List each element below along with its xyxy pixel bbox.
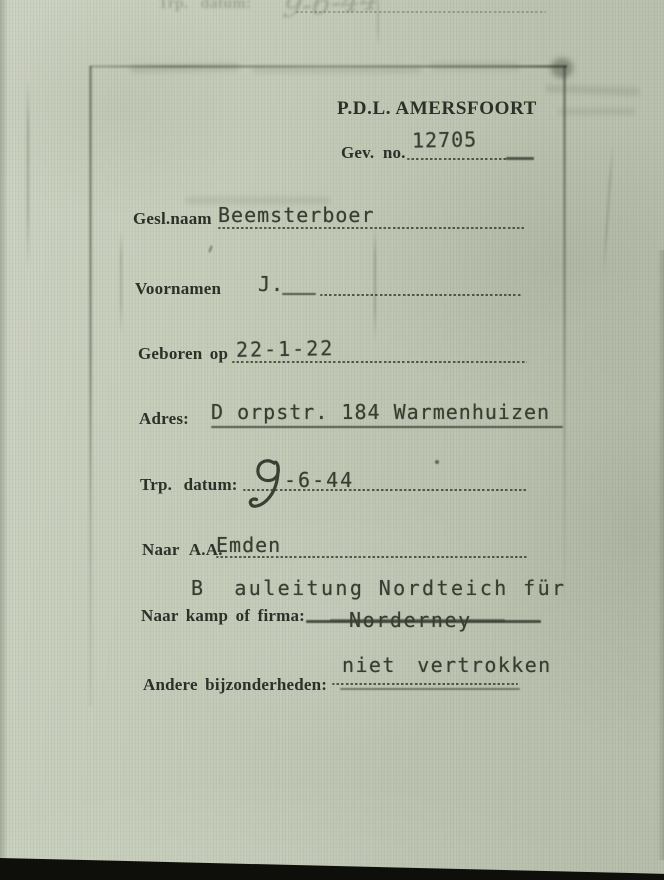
field-note-bauleitung: B auleitung Nordteich für <box>191 576 566 600</box>
field-label-adres: Adres: <box>139 409 189 429</box>
bleed-smudge <box>252 66 422 73</box>
field-line-trp-datum <box>243 489 527 491</box>
right-edge-shadow <box>657 250 664 860</box>
field-value-andere: niet vertrokken <box>342 653 552 677</box>
bleed-smudge <box>558 108 636 115</box>
ink-speck <box>435 460 439 464</box>
card-frame-left <box>89 66 92 706</box>
gev-no-line <box>407 158 508 160</box>
field-line-adres <box>211 426 563 428</box>
field-label-voornamen: Voornamen <box>135 279 221 299</box>
paper-crease <box>27 80 29 270</box>
field-value-geslnaam: Beemsterboer <box>218 203 375 227</box>
left-edge-shadow <box>0 0 8 880</box>
field-label-naar-aa: Naar A.A. <box>142 540 223 560</box>
ghost-trp-label: Trp. datum: <box>158 0 251 13</box>
field-label-naar-kamp: Naar kamp of firma: <box>141 606 305 626</box>
field-label-trp-datum: Trp. datum: <box>140 475 238 495</box>
paper-crease <box>374 226 376 344</box>
field-label-geslnaam: Gesl.naam <box>133 209 212 229</box>
field-line-geslnaam <box>218 227 525 229</box>
field-label-andere: Andere bijzonderheden: <box>143 675 327 695</box>
field-line-voornamen <box>320 294 521 296</box>
strikethrough-line <box>330 619 505 622</box>
field-value-voornamen: J. <box>258 272 284 296</box>
field-line-andere <box>332 683 518 685</box>
ink-speck <box>208 245 214 254</box>
bleed-smudge <box>430 62 520 71</box>
field-value-naar-aa: Emden <box>216 533 281 557</box>
gev-no-line-end <box>506 157 534 160</box>
field-line-geboren <box>232 361 527 363</box>
gev-no-label: Gev. no. <box>341 143 406 163</box>
paper-crease <box>377 0 379 47</box>
registration-card-photo: Trp. datum: 9-6-44 P.D.L. AMERSFOORT Gev… <box>0 0 664 880</box>
bleed-smudge <box>545 84 640 95</box>
frame-corner-smudge <box>551 58 573 78</box>
org-title: P.D.L. AMERSFOORT <box>337 98 537 120</box>
gev-no-value: 12705 <box>412 127 478 152</box>
field-label-geboren: Geboren op <box>138 344 228 364</box>
field-line-andere-2 <box>340 688 520 690</box>
ghost-dotted-line <box>296 11 546 13</box>
bleed-smudge <box>130 63 240 73</box>
paper-crease <box>602 145 613 275</box>
field-value-adres: D orpstr. 184 Warmenhuizen <box>211 400 550 424</box>
field-line-naar-aa <box>216 556 529 558</box>
field-value-geboren: 22-1-22 <box>236 336 335 362</box>
paper-crease <box>120 230 122 335</box>
field-dash-voornamen <box>282 293 316 295</box>
handwritten-nine <box>247 456 287 517</box>
